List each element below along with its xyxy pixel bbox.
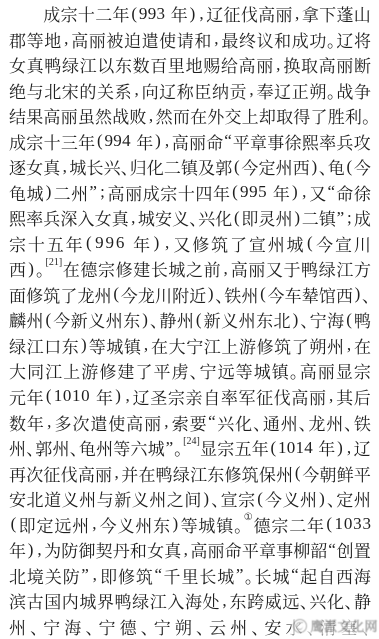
char: 年 — [133, 231, 150, 256]
char: 徐 — [354, 180, 371, 205]
char: , — [293, 4, 302, 24]
char: 真 — [27, 52, 44, 77]
char: 新 — [204, 307, 221, 332]
char: “ — [224, 131, 233, 151]
text-line: 绝与北宋的关系,向辽称臣纳贡,奉辽正朔。战争 — [9, 78, 371, 104]
char: 镇 — [216, 512, 233, 537]
char: 州 — [53, 435, 70, 460]
char: 云 — [209, 614, 226, 639]
char: 郭 — [35, 435, 52, 460]
char: 迫 — [124, 27, 141, 52]
char: 丽 — [144, 410, 161, 435]
char: 宋 — [62, 78, 79, 103]
char: 保 — [259, 461, 276, 486]
char: ) — [152, 233, 161, 253]
char: 、 — [196, 614, 205, 639]
char: 和 — [194, 27, 211, 52]
char: ) — [26, 540, 35, 560]
char: 正 — [292, 78, 309, 103]
char: 、 — [345, 588, 354, 613]
char: 筑 — [211, 231, 228, 256]
char: 高 — [108, 180, 125, 205]
char: 了 — [292, 333, 309, 358]
text-line: 北境关防”,即修筑“千里长城”。长城“起自西海 — [9, 562, 371, 588]
char: 丽 — [61, 103, 78, 128]
text-line: 安北道义州与新义州之间)、宣宗(今义州)、定州 — [9, 486, 371, 512]
char: , — [132, 80, 141, 100]
char: ) — [188, 4, 197, 24]
char: ( — [194, 310, 203, 330]
char: ) — [206, 284, 215, 304]
char: 置 — [354, 537, 371, 562]
char: 朔 — [309, 78, 326, 103]
char: 今 — [241, 154, 258, 179]
char: “ — [154, 565, 163, 585]
char: 熙 — [9, 205, 26, 230]
char: 高 — [172, 129, 189, 154]
char: 真 — [112, 205, 129, 230]
char: 年 — [27, 410, 44, 435]
char: 海 — [354, 563, 371, 588]
char: 果 — [26, 103, 43, 128]
char: 丽 — [95, 461, 112, 486]
char: 灵 — [258, 205, 275, 230]
char: 义 — [88, 307, 105, 332]
char: 朝 — [320, 461, 337, 486]
char: 事 — [267, 129, 284, 154]
char: 请 — [177, 27, 194, 52]
char: ) — [310, 157, 319, 177]
char: ) — [171, 514, 180, 534]
char: 然 — [95, 103, 112, 128]
char: , — [197, 4, 206, 24]
char: , — [345, 438, 354, 458]
char: 却 — [259, 103, 276, 128]
char: 命 — [336, 180, 353, 205]
char: 、 — [85, 614, 94, 639]
char: 西 — [293, 154, 310, 179]
char: 。 — [174, 435, 183, 460]
char: 国 — [44, 588, 61, 613]
char: 。 — [290, 358, 299, 383]
char: 再 — [9, 461, 26, 486]
char: ( — [44, 310, 53, 330]
char: 江 — [80, 52, 97, 77]
char: 高 — [231, 256, 248, 281]
watermark: 鹰派文化网 — [291, 616, 378, 635]
char: 入 — [167, 588, 184, 613]
char: 州 — [281, 410, 298, 435]
char: , — [345, 335, 354, 355]
char: 争 — [354, 78, 371, 103]
char: 次 — [72, 410, 89, 435]
char: 虽 — [78, 103, 95, 128]
char: 铁 — [354, 410, 371, 435]
char: ( — [9, 514, 18, 534]
char: 宗 — [160, 180, 177, 205]
char: 防 — [63, 563, 80, 588]
char: 女 — [95, 205, 112, 230]
text-line: 郡等地,高丽被迫遣使请和,最终议和成功。辽将 — [9, 27, 371, 53]
char: 9 — [105, 233, 114, 253]
char: 在 — [354, 333, 371, 358]
char: 年 — [9, 537, 26, 562]
char: 、 — [344, 410, 353, 435]
char: ” — [235, 565, 244, 585]
char: 自 — [203, 384, 220, 409]
char: 即 — [241, 205, 258, 230]
char: 而 — [173, 103, 190, 128]
char: 州 — [276, 154, 293, 179]
char: ” — [165, 438, 174, 458]
text-line: 女真鸭绿江以东数百里地赐给高丽,换取高丽断 — [9, 52, 371, 78]
char: , — [90, 565, 99, 585]
char: , — [163, 233, 172, 253]
char: 韶 — [310, 537, 327, 562]
char: 称 — [177, 78, 194, 103]
char: 建 — [133, 256, 150, 281]
char: 亲 — [186, 384, 203, 409]
char: ( — [232, 208, 241, 228]
char: ) — [141, 310, 150, 330]
char: 之 — [167, 486, 184, 511]
char: 交 — [224, 103, 241, 128]
char: 遣 — [142, 27, 159, 52]
char: 功 — [309, 27, 326, 52]
char: 附 — [172, 282, 189, 307]
char: 、 — [211, 486, 220, 511]
char: 。 — [36, 256, 45, 281]
char: 海 — [64, 614, 81, 639]
char: 等 — [113, 435, 130, 460]
char: 城 — [254, 358, 271, 383]
char: 即 — [100, 563, 117, 588]
char: 、 — [362, 282, 371, 307]
char: 龙 — [138, 282, 155, 307]
char: 东 — [256, 307, 273, 332]
char: 丽 — [125, 180, 142, 205]
char: 州 — [71, 180, 88, 205]
char: , — [163, 131, 172, 151]
char: 上 — [242, 103, 259, 128]
char: 高 — [291, 384, 308, 409]
char: 州 — [241, 282, 258, 307]
char: 9 — [95, 233, 104, 253]
char: 契 — [96, 537, 113, 562]
char: 丽 — [275, 1, 292, 26]
char: 女 — [147, 537, 164, 562]
char: 城 — [138, 205, 155, 230]
char: 军 — [238, 384, 255, 409]
char: 龙 — [308, 410, 325, 435]
char: 柳 — [293, 537, 310, 562]
char: 宁 — [43, 614, 60, 639]
char: 宁 — [98, 614, 115, 639]
char: ” — [89, 182, 98, 202]
char: 镇 — [124, 333, 141, 358]
char: 多 — [55, 410, 72, 435]
char: 城 — [217, 563, 234, 588]
char: “ — [328, 540, 337, 560]
char: ( — [95, 131, 104, 151]
char: 议 — [257, 27, 274, 52]
char: , — [90, 514, 99, 534]
char: 伐 — [61, 461, 78, 486]
char: 长 — [86, 154, 103, 179]
char: 绿 — [132, 588, 149, 613]
char: 处 — [203, 588, 220, 613]
char: 滨 — [9, 588, 26, 613]
char: 百 — [150, 52, 167, 77]
char: 州 — [9, 614, 26, 639]
char: ( — [305, 233, 314, 253]
char: ( — [112, 284, 121, 304]
char: , — [123, 386, 132, 406]
char: 辽 — [133, 384, 150, 409]
char: 城 — [168, 256, 185, 281]
char: 北 — [44, 78, 61, 103]
char: 前 — [204, 256, 221, 281]
text-line: 绿江口东)等城镇,在大宁江上游修筑了朔州,在 — [9, 333, 371, 359]
char: 在 — [190, 103, 207, 128]
char: 江 — [27, 333, 44, 358]
char: 成 — [143, 180, 160, 205]
char: 将 — [354, 27, 371, 52]
char: 年 — [136, 129, 153, 154]
char: 、 — [300, 307, 309, 332]
char: 今 — [316, 231, 333, 256]
char: 征 — [43, 461, 60, 486]
char: 使 — [108, 410, 125, 435]
char: 等 — [89, 333, 106, 358]
char: 修 — [257, 333, 274, 358]
char: 里 — [181, 563, 198, 588]
char: 辽 — [336, 27, 353, 52]
char: 伐 — [241, 1, 258, 26]
char: 并 — [121, 461, 138, 486]
char: 年 — [171, 1, 188, 26]
char: 了 — [230, 231, 247, 256]
char: 在 — [151, 333, 168, 358]
char: ) — [353, 284, 362, 304]
char: 筑 — [136, 563, 153, 588]
char: 游 — [81, 358, 98, 383]
char: , — [162, 412, 171, 432]
char: 、 — [253, 410, 262, 435]
char: 川 — [354, 231, 371, 256]
char: 东 — [123, 307, 140, 332]
char: 丹 — [113, 537, 130, 562]
char: 即 — [19, 512, 36, 537]
char: 年 — [273, 180, 290, 205]
char: 、 — [327, 486, 336, 511]
char: 辇 — [302, 282, 319, 307]
char: 定 — [36, 512, 53, 537]
char: 1 — [54, 386, 63, 406]
char: 0 — [81, 386, 90, 406]
char: 州 — [276, 461, 293, 486]
char: 、 — [26, 435, 35, 460]
text-line: 大同江上游修建了平虏、宁远等城镇。高丽显宗 — [9, 358, 371, 384]
char: 以 — [97, 52, 114, 77]
char: 今 — [53, 307, 70, 332]
char: 方 — [354, 256, 371, 281]
char: 馆 — [319, 282, 336, 307]
char: 取 — [276, 103, 293, 128]
char: 和 — [274, 27, 291, 52]
char: 9 — [139, 4, 148, 24]
char: 元 — [9, 384, 26, 409]
char: ) — [318, 489, 327, 509]
char: 龟 — [328, 154, 345, 179]
char: 女 — [9, 52, 26, 77]
char: , — [221, 259, 230, 279]
char: 熙 — [302, 129, 319, 154]
char: 败 — [129, 103, 146, 128]
char: 静 — [159, 307, 176, 332]
char: 年 — [318, 435, 335, 460]
char: 、 — [190, 358, 199, 383]
char: 3 — [157, 4, 166, 24]
char: 宁 — [310, 307, 327, 332]
char: 防 — [61, 537, 78, 562]
watermark-logo-icon — [293, 619, 307, 633]
char: 、 — [319, 154, 328, 179]
char: 兴 — [198, 205, 215, 230]
char: 9 — [105, 131, 114, 151]
char: 江 — [204, 333, 221, 358]
char: 攻 — [354, 129, 371, 154]
char: 宁 — [200, 358, 217, 383]
char: 宁 — [154, 614, 171, 639]
char: 被 — [106, 27, 123, 52]
char: 终 — [239, 27, 256, 52]
char: 与 — [27, 78, 44, 103]
char: ( — [44, 386, 53, 406]
char: 义 — [132, 486, 149, 511]
watermark-label: 鹰派文化网 — [310, 616, 378, 635]
char: 城 — [106, 333, 123, 358]
char: 宣 — [249, 231, 266, 256]
text-line: 西)。[21]在德宗修建长城之前,高丽又于鸭绿江方 — [9, 256, 371, 282]
char: 征 — [224, 1, 241, 26]
char: 西 — [9, 256, 26, 281]
char: ( — [345, 157, 354, 177]
char: 深 — [60, 205, 77, 230]
char: 御 — [78, 537, 95, 562]
char: 归 — [130, 154, 147, 179]
char: , — [181, 540, 190, 560]
char: 丽 — [318, 358, 335, 383]
char: 修 — [26, 282, 43, 307]
footnote-ref: [24] — [183, 436, 200, 447]
char: 安 — [155, 205, 172, 230]
char: 镇 — [319, 205, 336, 230]
char: 结 — [9, 103, 26, 128]
char: ” — [336, 208, 345, 228]
char: 内 — [62, 588, 79, 613]
char: 里 — [168, 52, 185, 77]
char: 取 — [301, 52, 318, 77]
char: 州 — [326, 410, 343, 435]
char: 丽 — [256, 52, 273, 77]
char: 伐 — [274, 384, 291, 409]
char: 胜 — [328, 103, 345, 128]
char: 高 — [126, 410, 143, 435]
char: 向 — [142, 78, 159, 103]
char: 索 — [172, 410, 189, 435]
char: ( — [256, 489, 265, 509]
char: 州 — [106, 307, 123, 332]
text-line: 逐女真,城长兴、归化二镇及郭(今定州西)、龟(今 — [9, 154, 371, 180]
char: , — [112, 463, 121, 483]
char: 数 — [133, 52, 150, 77]
char: 城 — [287, 231, 304, 256]
char: 长 — [255, 563, 272, 588]
char: 高 — [43, 103, 60, 128]
char: 平 — [242, 537, 259, 562]
char: 徐 — [285, 129, 302, 154]
char: 纳 — [212, 78, 229, 103]
char: 。 — [362, 103, 371, 128]
char: 宗 — [26, 129, 43, 154]
char: 宗 — [271, 512, 288, 537]
char: 城 — [79, 588, 96, 613]
char: 高 — [300, 358, 317, 383]
char: , — [35, 540, 44, 560]
char: 州 — [177, 307, 194, 332]
char: 高 — [319, 52, 336, 77]
char: 战 — [112, 103, 129, 128]
char: 修 — [116, 256, 133, 281]
char: 绿 — [319, 256, 336, 281]
char: 修 — [192, 231, 209, 256]
char: 东 — [230, 588, 247, 613]
char: 二 — [302, 205, 319, 230]
char: , — [147, 106, 156, 126]
char: ( — [293, 463, 302, 483]
char: 丽 — [309, 384, 326, 409]
text-line: 麟州(今新义州东)、静州(新义州东北)、宁海(鸭 — [9, 307, 371, 333]
char: 平 — [233, 129, 250, 154]
char: 西 — [336, 282, 353, 307]
char: ( — [325, 514, 334, 534]
char: 辽 — [206, 1, 223, 26]
char: 3 — [362, 514, 371, 534]
char: 界 — [97, 588, 114, 613]
char: 川 — [155, 282, 172, 307]
char: 宗 — [217, 435, 234, 460]
char: 海 — [327, 307, 344, 332]
char: 丽 — [248, 256, 265, 281]
char: 征 — [256, 384, 273, 409]
char: 宗 — [238, 486, 255, 511]
char: 年 — [27, 384, 44, 409]
char: 面 — [9, 282, 26, 307]
char: , — [45, 412, 54, 432]
char: 次 — [26, 461, 43, 486]
char: 长 — [199, 563, 216, 588]
char: 城 — [69, 154, 86, 179]
char: 4 — [304, 438, 313, 458]
char: 威 — [265, 588, 282, 613]
char: 年 — [213, 180, 230, 205]
char: , — [327, 386, 336, 406]
char: 6 — [116, 233, 125, 253]
char: 平 — [154, 358, 171, 383]
char: 鸭 — [301, 256, 318, 281]
text-lines: 成宗十二年(993年),辽征伐高丽,拿下蓬山郡等地,高丽被迫遣使请和,最终议和成… — [9, 1, 371, 639]
